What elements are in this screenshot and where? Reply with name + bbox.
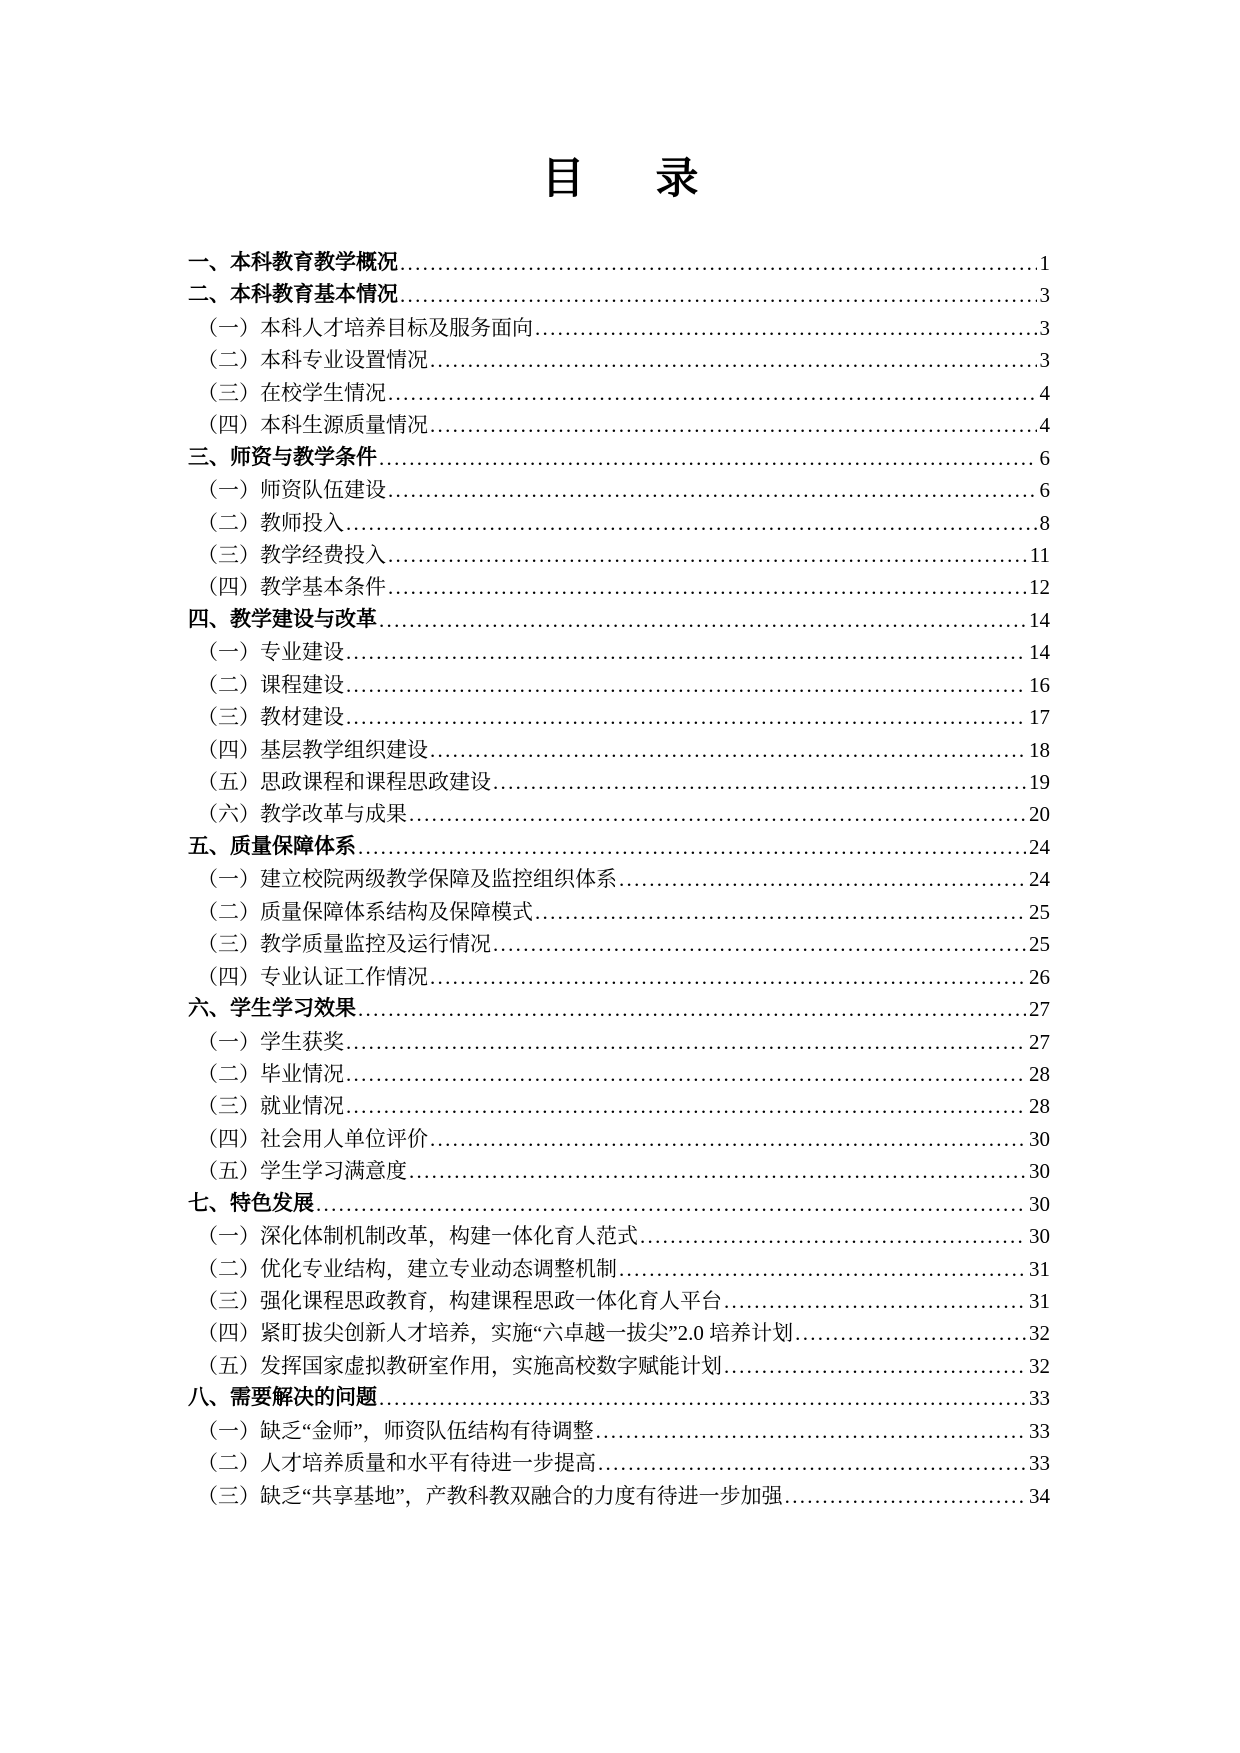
toc-entry-label: （三）就业情况: [197, 1090, 344, 1122]
toc-entry-label: （四）本科生源质量情况: [197, 409, 428, 441]
toc-entry-label: 一、本科教育教学概况: [188, 247, 398, 279]
toc-entry-page: 28: [1026, 1090, 1050, 1122]
dot-leader: ........................................…: [398, 247, 1037, 279]
toc-entry[interactable]: （一）师资队伍建设 ..............................…: [188, 474, 1050, 506]
toc-entry[interactable]: 六、学生学习效果 ...............................…: [188, 993, 1050, 1025]
toc-entry-page: 24: [1026, 831, 1050, 863]
toc-entry-label: （三）教材建设: [197, 701, 344, 733]
dot-leader: ........................................…: [344, 507, 1037, 539]
toc-entry-page: 24: [1026, 863, 1050, 895]
page-title: 目 录: [0, 155, 1240, 203]
dot-leader: ........................................…: [344, 1058, 1026, 1090]
toc-entry[interactable]: （二）优化专业结构，建立专业动态调整机制 ...................…: [188, 1253, 1050, 1285]
dot-leader: ........................................…: [344, 1090, 1026, 1122]
toc-entry-page: 19: [1026, 766, 1050, 798]
toc-entry[interactable]: （四）基层教学组织建设 ............................…: [188, 734, 1050, 766]
dot-leader: ........................................…: [638, 1220, 1026, 1252]
dot-leader: ........................................…: [783, 1480, 1026, 1512]
toc-entry-page: 20: [1026, 798, 1050, 830]
toc-entry-label: （五）发挥国家虚拟教研室作用，实施高校数字赋能计划: [197, 1350, 722, 1382]
toc-entry-page: 14: [1026, 604, 1050, 636]
dot-leader: ........................................…: [344, 669, 1026, 701]
toc-entry-label: （一）学生获奖: [197, 1026, 344, 1058]
toc-entry-label: 六、学生学习效果: [188, 993, 356, 1025]
toc-entry-label: （二）本科专业设置情况: [197, 344, 428, 376]
dot-leader: ........................................…: [491, 928, 1026, 960]
toc-entry[interactable]: 一、本科教育教学概况 .............................…: [188, 247, 1050, 279]
dot-leader: ........................................…: [356, 831, 1026, 863]
toc-entry[interactable]: （一）缺乏“金师”，师资队伍结构有待调整 ...................…: [188, 1415, 1050, 1447]
toc-entry[interactable]: （四）紧盯拔尖创新人才培养，实施“六卓越一拔尖”2.0 培养计划 .......…: [188, 1317, 1050, 1349]
toc-entry-label: （四）专业认证工作情况: [197, 961, 428, 993]
toc-entry-page: 27: [1026, 1026, 1050, 1058]
toc-entry-page: 32: [1026, 1350, 1050, 1382]
toc-entry-label: （一）建立校院两级教学保障及监控组织体系: [197, 863, 617, 895]
toc-entry[interactable]: （五）发挥国家虚拟教研室作用，实施高校数字赋能计划 ..............…: [188, 1350, 1050, 1382]
toc-entry[interactable]: 八、需要解决的问题 ..............................…: [188, 1382, 1050, 1414]
dot-leader: ........................................…: [428, 409, 1037, 441]
toc-entry-page: 3: [1037, 279, 1051, 311]
dot-leader: ........................................…: [377, 1382, 1026, 1414]
toc-entry-label: （二）优化专业结构，建立专业动态调整机制: [197, 1253, 617, 1285]
toc-entry-page: 26: [1026, 961, 1050, 993]
dot-leader: ........................................…: [594, 1415, 1026, 1447]
toc-entry-page: 31: [1026, 1285, 1050, 1317]
toc-entry-page: 25: [1026, 896, 1050, 928]
toc-entry[interactable]: （三）就业情况 ................................…: [188, 1090, 1050, 1122]
dot-leader: ........................................…: [344, 636, 1026, 668]
dot-leader: ........................................…: [314, 1188, 1026, 1220]
toc-entry[interactable]: （三）在校学生情况 ..............................…: [188, 377, 1050, 409]
toc-entry-page: 25: [1026, 928, 1050, 960]
toc-entry-label: （三）缺乏“共享基地”，产教科教双融合的力度有待进一步加强: [197, 1480, 783, 1512]
toc-entry-label: （四）基层教学组织建设: [197, 734, 428, 766]
toc-entry-label: （四）社会用人单位评价: [197, 1123, 428, 1155]
dot-leader: ........................................…: [386, 474, 1037, 506]
toc-entry-page: 33: [1026, 1415, 1050, 1447]
toc-entry-page: 30: [1026, 1123, 1050, 1155]
toc-list: 一、本科教育教学概况 .............................…: [188, 247, 1050, 1512]
toc-entry-page: 30: [1026, 1220, 1050, 1252]
toc-entry-label: （三）在校学生情况: [197, 377, 386, 409]
toc-entry-label: （二）人才培养质量和水平有待进一步提高: [197, 1447, 596, 1479]
toc-entry[interactable]: （六）教学改革与成果 .............................…: [188, 798, 1050, 830]
document-page: 目 录 一、本科教育教学概况 .........................…: [0, 0, 1240, 1753]
dot-leader: ........................................…: [344, 701, 1026, 733]
toc-entry-page: 32: [1026, 1317, 1050, 1349]
toc-entry-label: 五、质量保障体系: [188, 831, 356, 863]
dot-leader: ........................................…: [617, 863, 1026, 895]
dot-leader: ........................................…: [377, 604, 1026, 636]
toc-entry[interactable]: 四、教学建设与改革 ..............................…: [188, 604, 1050, 636]
dot-leader: ........................................…: [722, 1285, 1026, 1317]
toc-entry[interactable]: 五、质量保障体系 ...............................…: [188, 831, 1050, 863]
toc-entry-label: 八、需要解决的问题: [188, 1382, 377, 1414]
toc-entry[interactable]: （三）教材建设 ................................…: [188, 701, 1050, 733]
toc-entry[interactable]: （三）强化课程思政教育，构建课程思政一体化育人平台 ..............…: [188, 1285, 1050, 1317]
toc-entry[interactable]: （三）缺乏“共享基地”，产教科教双融合的力度有待进一步加强 ..........…: [188, 1480, 1050, 1512]
toc-entry-label: （五）思政课程和课程思政建设: [197, 766, 491, 798]
dot-leader: ........................................…: [386, 571, 1026, 603]
dot-leader: ........................................…: [386, 539, 1027, 571]
dot-leader: ........................................…: [356, 993, 1026, 1025]
toc-entry-label: （一）缺乏“金师”，师资队伍结构有待调整: [197, 1415, 594, 1447]
toc-entry-page: 30: [1026, 1155, 1050, 1187]
toc-entry[interactable]: （三）教学经费投入 ..............................…: [188, 539, 1050, 571]
toc-entry-page: 12: [1026, 571, 1050, 603]
toc-entry[interactable]: （一）建立校院两级教学保障及监控组织体系 ...................…: [188, 863, 1050, 895]
toc-entry[interactable]: （四）社会用人单位评价 ............................…: [188, 1123, 1050, 1155]
toc-entry-page: 30: [1026, 1188, 1050, 1220]
dot-leader: ........................................…: [428, 961, 1026, 993]
toc-entry[interactable]: （四）本科生源质量情况 ............................…: [188, 409, 1050, 441]
toc-entry[interactable]: （一）本科人才培养目标及服务面向 .......................…: [188, 312, 1050, 344]
toc-entry[interactable]: （五）思政课程和课程思政建设 .........................…: [188, 766, 1050, 798]
toc-entry-label: （五）学生学习满意度: [197, 1155, 407, 1187]
dot-leader: ........................................…: [533, 312, 1037, 344]
toc-entry-label: 二、本科教育基本情况: [188, 279, 398, 311]
toc-entry-page: 34: [1026, 1480, 1050, 1512]
toc-entry[interactable]: （一）深化体制机制改革，构建一体化育人范式 ..................…: [188, 1220, 1050, 1252]
dot-leader: ........................................…: [793, 1317, 1026, 1349]
dot-leader: ........................................…: [722, 1350, 1026, 1382]
toc-entry[interactable]: （一）专业建设 ................................…: [188, 636, 1050, 668]
toc-entry-label: 三、师资与教学条件: [188, 442, 377, 474]
toc-entry-page: 14: [1026, 636, 1050, 668]
toc-entry[interactable]: 二、本科教育基本情况 .............................…: [188, 279, 1050, 311]
toc-entry-label: （一）本科人才培养目标及服务面向: [197, 312, 533, 344]
toc-entry-page: 6: [1037, 442, 1051, 474]
toc-entry-page: 8: [1037, 507, 1051, 539]
toc-entry[interactable]: （三）教学质量监控及运行情况 .........................…: [188, 928, 1050, 960]
toc-entry-label: 七、特色发展: [188, 1188, 314, 1220]
toc-entry[interactable]: （二）教师投入 ................................…: [188, 507, 1050, 539]
toc-entry-page: 31: [1026, 1253, 1050, 1285]
toc-entry-page: 16: [1026, 669, 1050, 701]
toc-entry-page: 17: [1026, 701, 1050, 733]
toc-entry-label: （三）教学质量监控及运行情况: [197, 928, 491, 960]
toc-entry-page: 4: [1037, 377, 1051, 409]
dot-leader: ........................................…: [377, 442, 1037, 474]
dot-leader: ........................................…: [407, 1155, 1026, 1187]
toc-entry[interactable]: （二）本科专业设置情况 ............................…: [188, 344, 1050, 376]
toc-entry-page: 27: [1026, 993, 1050, 1025]
toc-entry-label: （二）质量保障体系结构及保障模式: [197, 896, 533, 928]
toc-entry[interactable]: （二）课程建设 ................................…: [188, 669, 1050, 701]
toc-entry-page: 11: [1027, 539, 1050, 571]
dot-leader: ........................................…: [386, 377, 1037, 409]
dot-leader: ........................................…: [533, 896, 1026, 928]
dot-leader: ........................................…: [428, 734, 1026, 766]
toc-entry-label: （四）紧盯拔尖创新人才培养，实施“六卓越一拔尖”2.0 培养计划: [197, 1317, 793, 1349]
toc-entry-page: 28: [1026, 1058, 1050, 1090]
toc-entry-label: （二）课程建设: [197, 669, 344, 701]
toc-entry-page: 6: [1037, 474, 1051, 506]
toc-entry-page: 3: [1037, 344, 1051, 376]
toc-entry[interactable]: （四）教学基本条件 ..............................…: [188, 571, 1050, 603]
toc-entry[interactable]: （二）质量保障体系结构及保障模式 .......................…: [188, 896, 1050, 928]
toc-entry[interactable]: （五）学生学习满意度 .............................…: [188, 1155, 1050, 1187]
toc-entry-label: （一）师资队伍建设: [197, 474, 386, 506]
toc-entry-page: 33: [1026, 1382, 1050, 1414]
toc-entry[interactable]: 三、师资与教学条件 ..............................…: [188, 442, 1050, 474]
toc-entry-label: 四、教学建设与改革: [188, 604, 377, 636]
dot-leader: ........................................…: [428, 344, 1037, 376]
toc-entry[interactable]: （二）人才培养质量和水平有待进一步提高 ....................…: [188, 1447, 1050, 1479]
toc-entry-label: （一）专业建设: [197, 636, 344, 668]
toc-entry-label: （六）教学改革与成果: [197, 798, 407, 830]
dot-leader: ........................................…: [398, 279, 1037, 311]
toc-entry-page: 3: [1037, 312, 1051, 344]
toc-entry-label: （三）强化课程思政教育，构建课程思政一体化育人平台: [197, 1285, 722, 1317]
dot-leader: ........................................…: [428, 1123, 1026, 1155]
toc-entry-label: （三）教学经费投入: [197, 539, 386, 571]
toc-entry-page: 18: [1026, 734, 1050, 766]
toc-entry[interactable]: 七、特色发展 .................................…: [188, 1188, 1050, 1220]
toc-entry-page: 4: [1037, 409, 1051, 441]
dot-leader: ........................................…: [617, 1253, 1026, 1285]
toc-entry-label: （二）毕业情况: [197, 1058, 344, 1090]
toc-entry[interactable]: （一）学生获奖 ................................…: [188, 1026, 1050, 1058]
dot-leader: ........................................…: [596, 1447, 1026, 1479]
dot-leader: ........................................…: [407, 798, 1026, 830]
toc-entry[interactable]: （二）毕业情况 ................................…: [188, 1058, 1050, 1090]
toc-entry-page: 1: [1037, 247, 1051, 279]
toc-entry-label: （二）教师投入: [197, 507, 344, 539]
toc-entry-page: 33: [1026, 1447, 1050, 1479]
dot-leader: ........................................…: [344, 1026, 1026, 1058]
toc-entry-label: （一）深化体制机制改革，构建一体化育人范式: [197, 1220, 638, 1252]
toc-entry-label: （四）教学基本条件: [197, 571, 386, 603]
dot-leader: ........................................…: [491, 766, 1026, 798]
toc-entry[interactable]: （四）专业认证工作情况 ............................…: [188, 961, 1050, 993]
